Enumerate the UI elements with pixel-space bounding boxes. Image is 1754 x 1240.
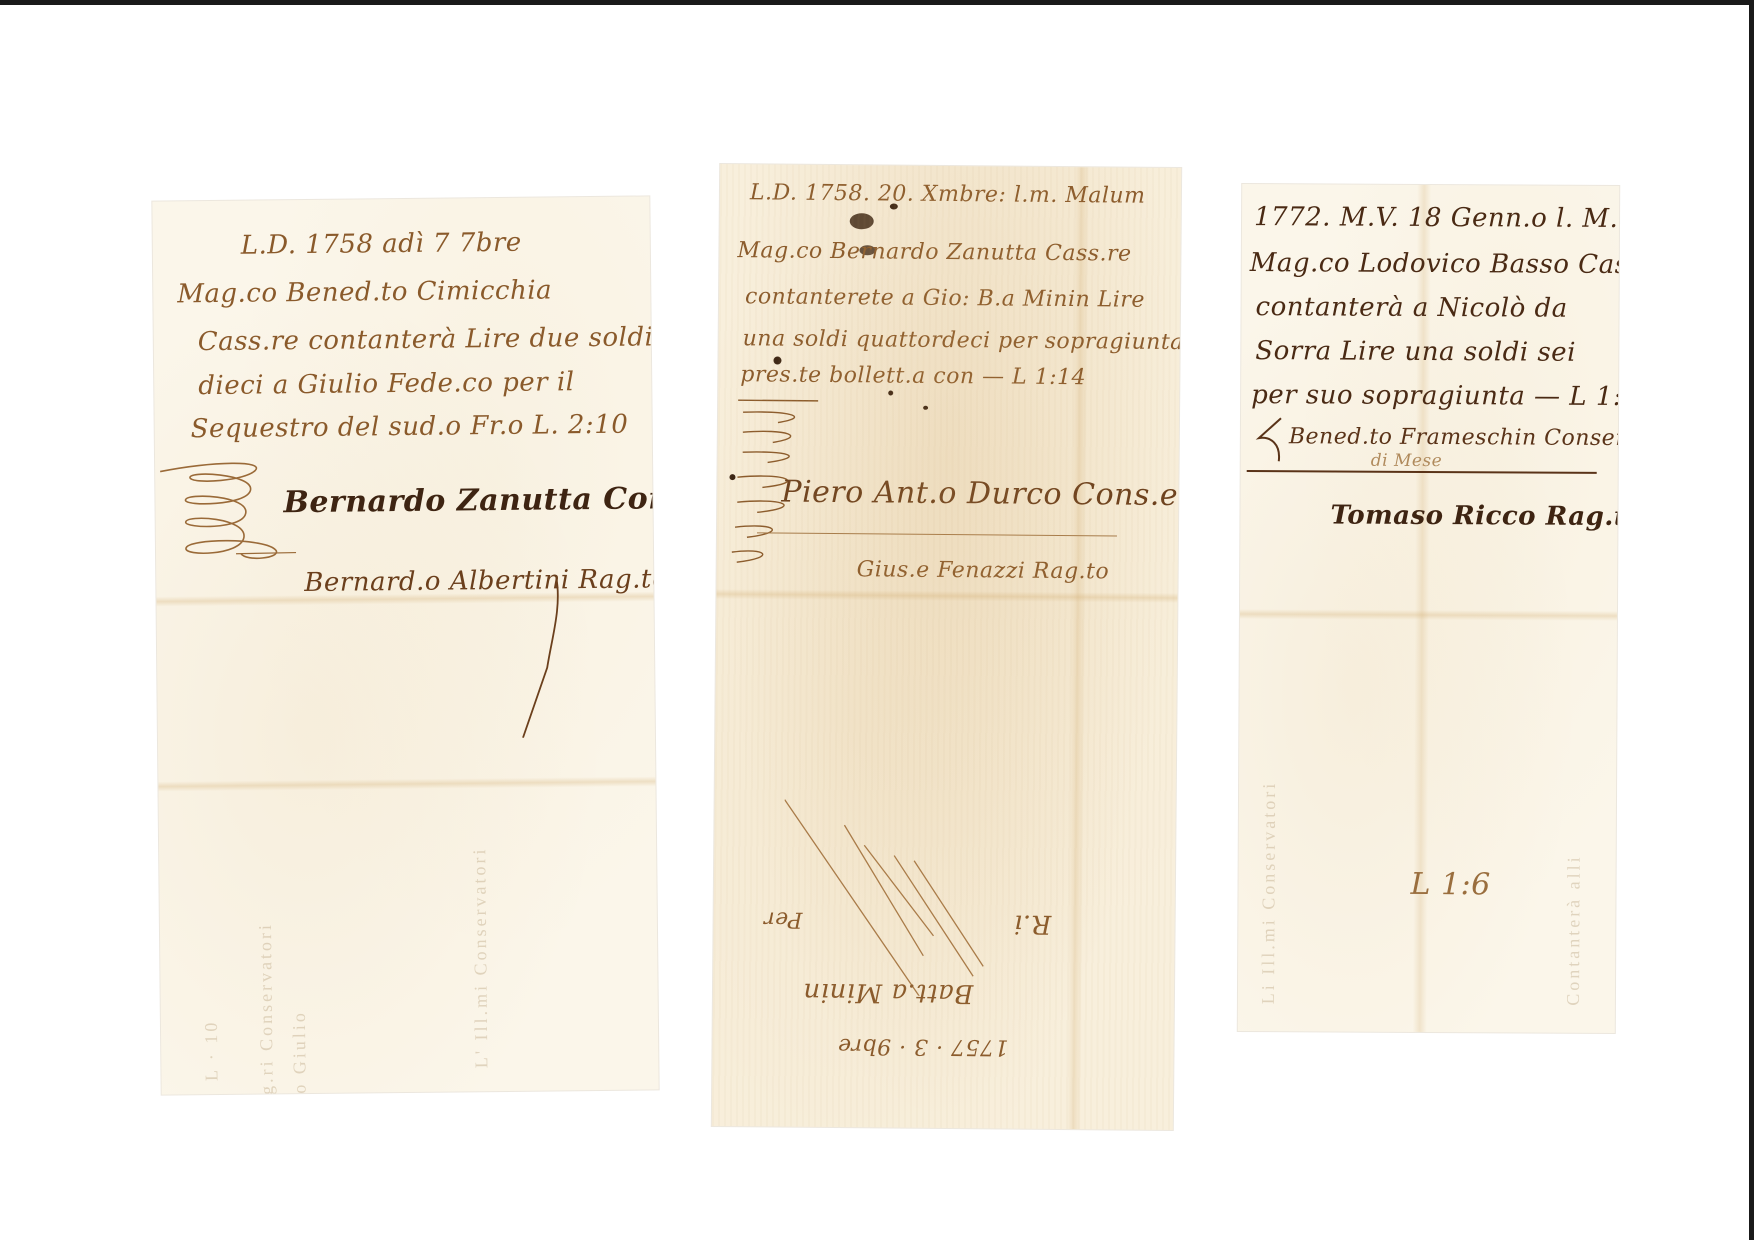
document-middle: L.D. 1758. 20. Xmbre: l.m. Malum Mag.co …	[712, 164, 1181, 1130]
signature-subtitle: di Mese	[1371, 451, 1443, 471]
signature-conservator: Piero Ant.o Durco Cons.e	[781, 475, 1178, 513]
text-line: contanterete a Gio: B.a Minin Lire	[745, 284, 1145, 312]
text-line: Mag.co Bened.to Cimicchia	[177, 275, 552, 309]
ink-blot	[923, 406, 928, 410]
text-line: contanterà a Nicolò da	[1255, 292, 1567, 324]
bleed-through-text: L · 10	[201, 1020, 223, 1082]
upside-down-note: 1757 · 3 · 9bre	[837, 1033, 1008, 1059]
date-line: L.D. 1758 adì 7 7bre	[241, 228, 522, 261]
bleed-through-text: Li Ill.mi Conservatori	[1258, 781, 1280, 1005]
signature-accountant: Bernard.o Albertini Rag.to	[304, 564, 658, 598]
ink-blot	[850, 213, 874, 229]
text-line: pres.te bollett.a con — L 1:14	[740, 362, 1086, 390]
bleed-through-text: Li Ill.mi Sig.ri Conservatori	[255, 922, 279, 1095]
text-line: Mag.co Bernardo Zanutta Cass.re	[737, 238, 1131, 266]
text-line: Sorra Lire una soldi sei	[1255, 336, 1576, 368]
fold-line	[158, 776, 655, 791]
signature-conservator: Bened.to Frameschin Conserv.re	[1289, 424, 1619, 451]
fold-line	[716, 589, 1177, 603]
document-right: Li Ill.mi Conservatori Contanterà alli 1…	[1238, 184, 1619, 1033]
bleed-through-text: L' Ill.mi Conservatori	[469, 846, 492, 1068]
signature-accountant: Gius.e Fenazzi Rag.to	[857, 557, 1110, 584]
text-line: per suo sopragiunta — L 1:6	[1251, 380, 1619, 412]
bracket-mark	[1251, 416, 1291, 466]
diagonal-scribble	[783, 795, 1005, 997]
text-line: una soldi quattordeci per sopragiunta de…	[743, 326, 1182, 355]
date-line: L.D. 1758. 20. Xmbre: l.m. Malum	[750, 180, 1146, 208]
amount-note: L 1:6	[1410, 867, 1490, 902]
flourish-scribble	[155, 455, 296, 586]
text-line: dieci a Giulio Fede.co per il	[198, 367, 575, 401]
bleed-through-text: Contanterà alli	[1563, 854, 1585, 1006]
scanner-frame-right	[1749, 0, 1754, 1240]
upside-down-note: Batt.a Minin	[803, 977, 974, 1008]
signature-conservator: Bernardo Zanutta Conser.e	[283, 480, 658, 520]
pen-stroke	[516, 577, 578, 738]
text-line: Cass.re contanterà Lire due soldi	[198, 322, 654, 357]
text-line: Sequestro del sud.o Fr.o L. 2:10	[191, 410, 629, 445]
ink-blot	[888, 390, 893, 395]
date-line: 1772. M.V. 18 Genn.o l. M.o	[1254, 202, 1619, 234]
document-left: L · 10 Li Ill.mi Sig.ri Conservatori Con…	[152, 196, 658, 1094]
text-line: Mag.co Lodovico Basso Cass.re	[1250, 248, 1619, 280]
signature-accountant: Tomaso Ricco Rag.to	[1330, 500, 1619, 532]
upside-down-note: R.i	[1013, 909, 1051, 939]
bleed-through-text: Contanterà o Giulio	[289, 1010, 312, 1095]
upside-down-note: Per	[764, 906, 803, 931]
scanner-frame-top	[0, 0, 1754, 5]
